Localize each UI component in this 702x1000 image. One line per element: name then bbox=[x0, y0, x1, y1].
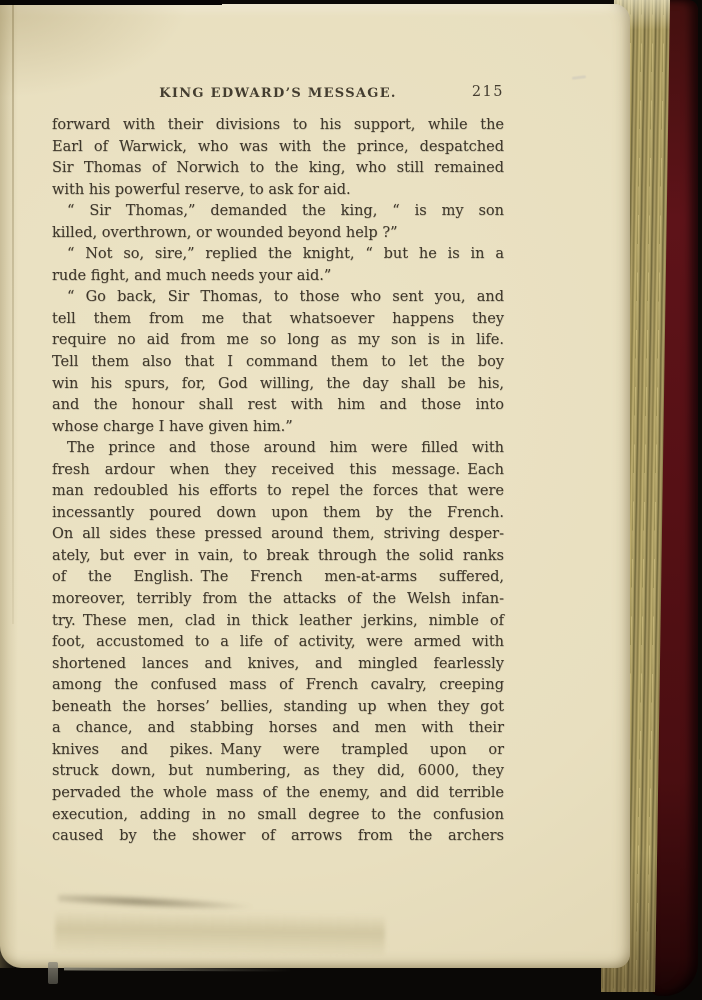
text-line: fresh ardour when they received this mes… bbox=[52, 460, 504, 482]
text-line: incessantly poured down upon them by the… bbox=[52, 503, 504, 525]
text-line: On all sides these pressed around them, … bbox=[52, 524, 504, 546]
text-line: Tell them also that I command them to le… bbox=[52, 352, 504, 374]
backdrop-top-sliver bbox=[0, 0, 222, 5]
text-line: foot, accustomed to a life of activity, … bbox=[52, 632, 504, 654]
bottom-corner-mark bbox=[48, 962, 58, 984]
text-line: “ Go back, Sir Thomas, to those who sent… bbox=[52, 287, 504, 309]
text-line: The prince and those around him were fil… bbox=[52, 438, 504, 460]
text-line: beneath the horses’ bellies, standing up… bbox=[52, 697, 504, 719]
running-header: KING EDWARD’S MESSAGE. 215 bbox=[52, 86, 504, 104]
text-line: killed, overthrown, or wounded beyond he… bbox=[52, 223, 504, 245]
text-line: pervaded the whole mass of the enemy, an… bbox=[52, 783, 504, 805]
text-line: “ Sir Thomas,” demanded the king, “ is m… bbox=[52, 201, 504, 223]
photo-backdrop: KING EDWARD’S MESSAGE. 215 forward with … bbox=[0, 0, 702, 1000]
body-text: forward with their divisions to his supp… bbox=[52, 115, 504, 848]
text-line: Earl of Warwick, who was with the prince… bbox=[52, 137, 504, 159]
text-line: of the English. The French men-at-arms s… bbox=[52, 567, 504, 589]
text-line: caused by the shower of arrows from the … bbox=[52, 826, 504, 848]
page-number: 215 bbox=[472, 84, 504, 100]
text-line: whose charge I have given him.” bbox=[52, 417, 504, 439]
bottom-page-edge-highlight bbox=[64, 967, 304, 971]
text-line: tell them from me that whatsoever happen… bbox=[52, 309, 504, 331]
text-line: win his spurs, for, God willing, the day… bbox=[52, 374, 504, 396]
text-line: ately, but ever in vain, to break throug… bbox=[52, 546, 504, 568]
text-line: with his powerful reserve, to ask for ai… bbox=[52, 180, 504, 202]
text-line: man redoubled his efforts to repel the f… bbox=[52, 481, 504, 503]
text-line: moreover, terribly from the attacks of t… bbox=[52, 589, 504, 611]
text-line: require no aid from me so long as my son… bbox=[52, 330, 504, 352]
text-line: struck down, but numbering, as they did,… bbox=[52, 761, 504, 783]
text-line: rude fight, and much needs your aid.” bbox=[52, 266, 504, 288]
text-line: Sir Thomas of Norwich to the king, who s… bbox=[52, 158, 504, 180]
text-line: knives and pikes. Many were trampled upo… bbox=[52, 740, 504, 762]
page-text-block: KING EDWARD’S MESSAGE. 215 forward with … bbox=[52, 86, 504, 848]
text-line: shortened lances and knives, and mingled… bbox=[52, 654, 504, 676]
chapter-header-title: KING EDWARD’S MESSAGE. bbox=[159, 86, 396, 101]
gutter-crease bbox=[12, 4, 14, 624]
text-line: forward with their divisions to his supp… bbox=[52, 115, 504, 137]
text-line: a chance, and stabbing horses and men wi… bbox=[52, 718, 504, 740]
text-line: and the honour shall rest with him and t… bbox=[52, 395, 504, 417]
page-curl-highlight bbox=[55, 910, 386, 957]
text-line: execution, adding in no small degree to … bbox=[52, 805, 504, 827]
text-line: try. These men, clad in thick leather je… bbox=[52, 611, 504, 633]
text-line: “ Not so, sire,” replied the knight, “ b… bbox=[52, 244, 504, 266]
text-line: among the confused mass of French cavalr… bbox=[52, 675, 504, 697]
